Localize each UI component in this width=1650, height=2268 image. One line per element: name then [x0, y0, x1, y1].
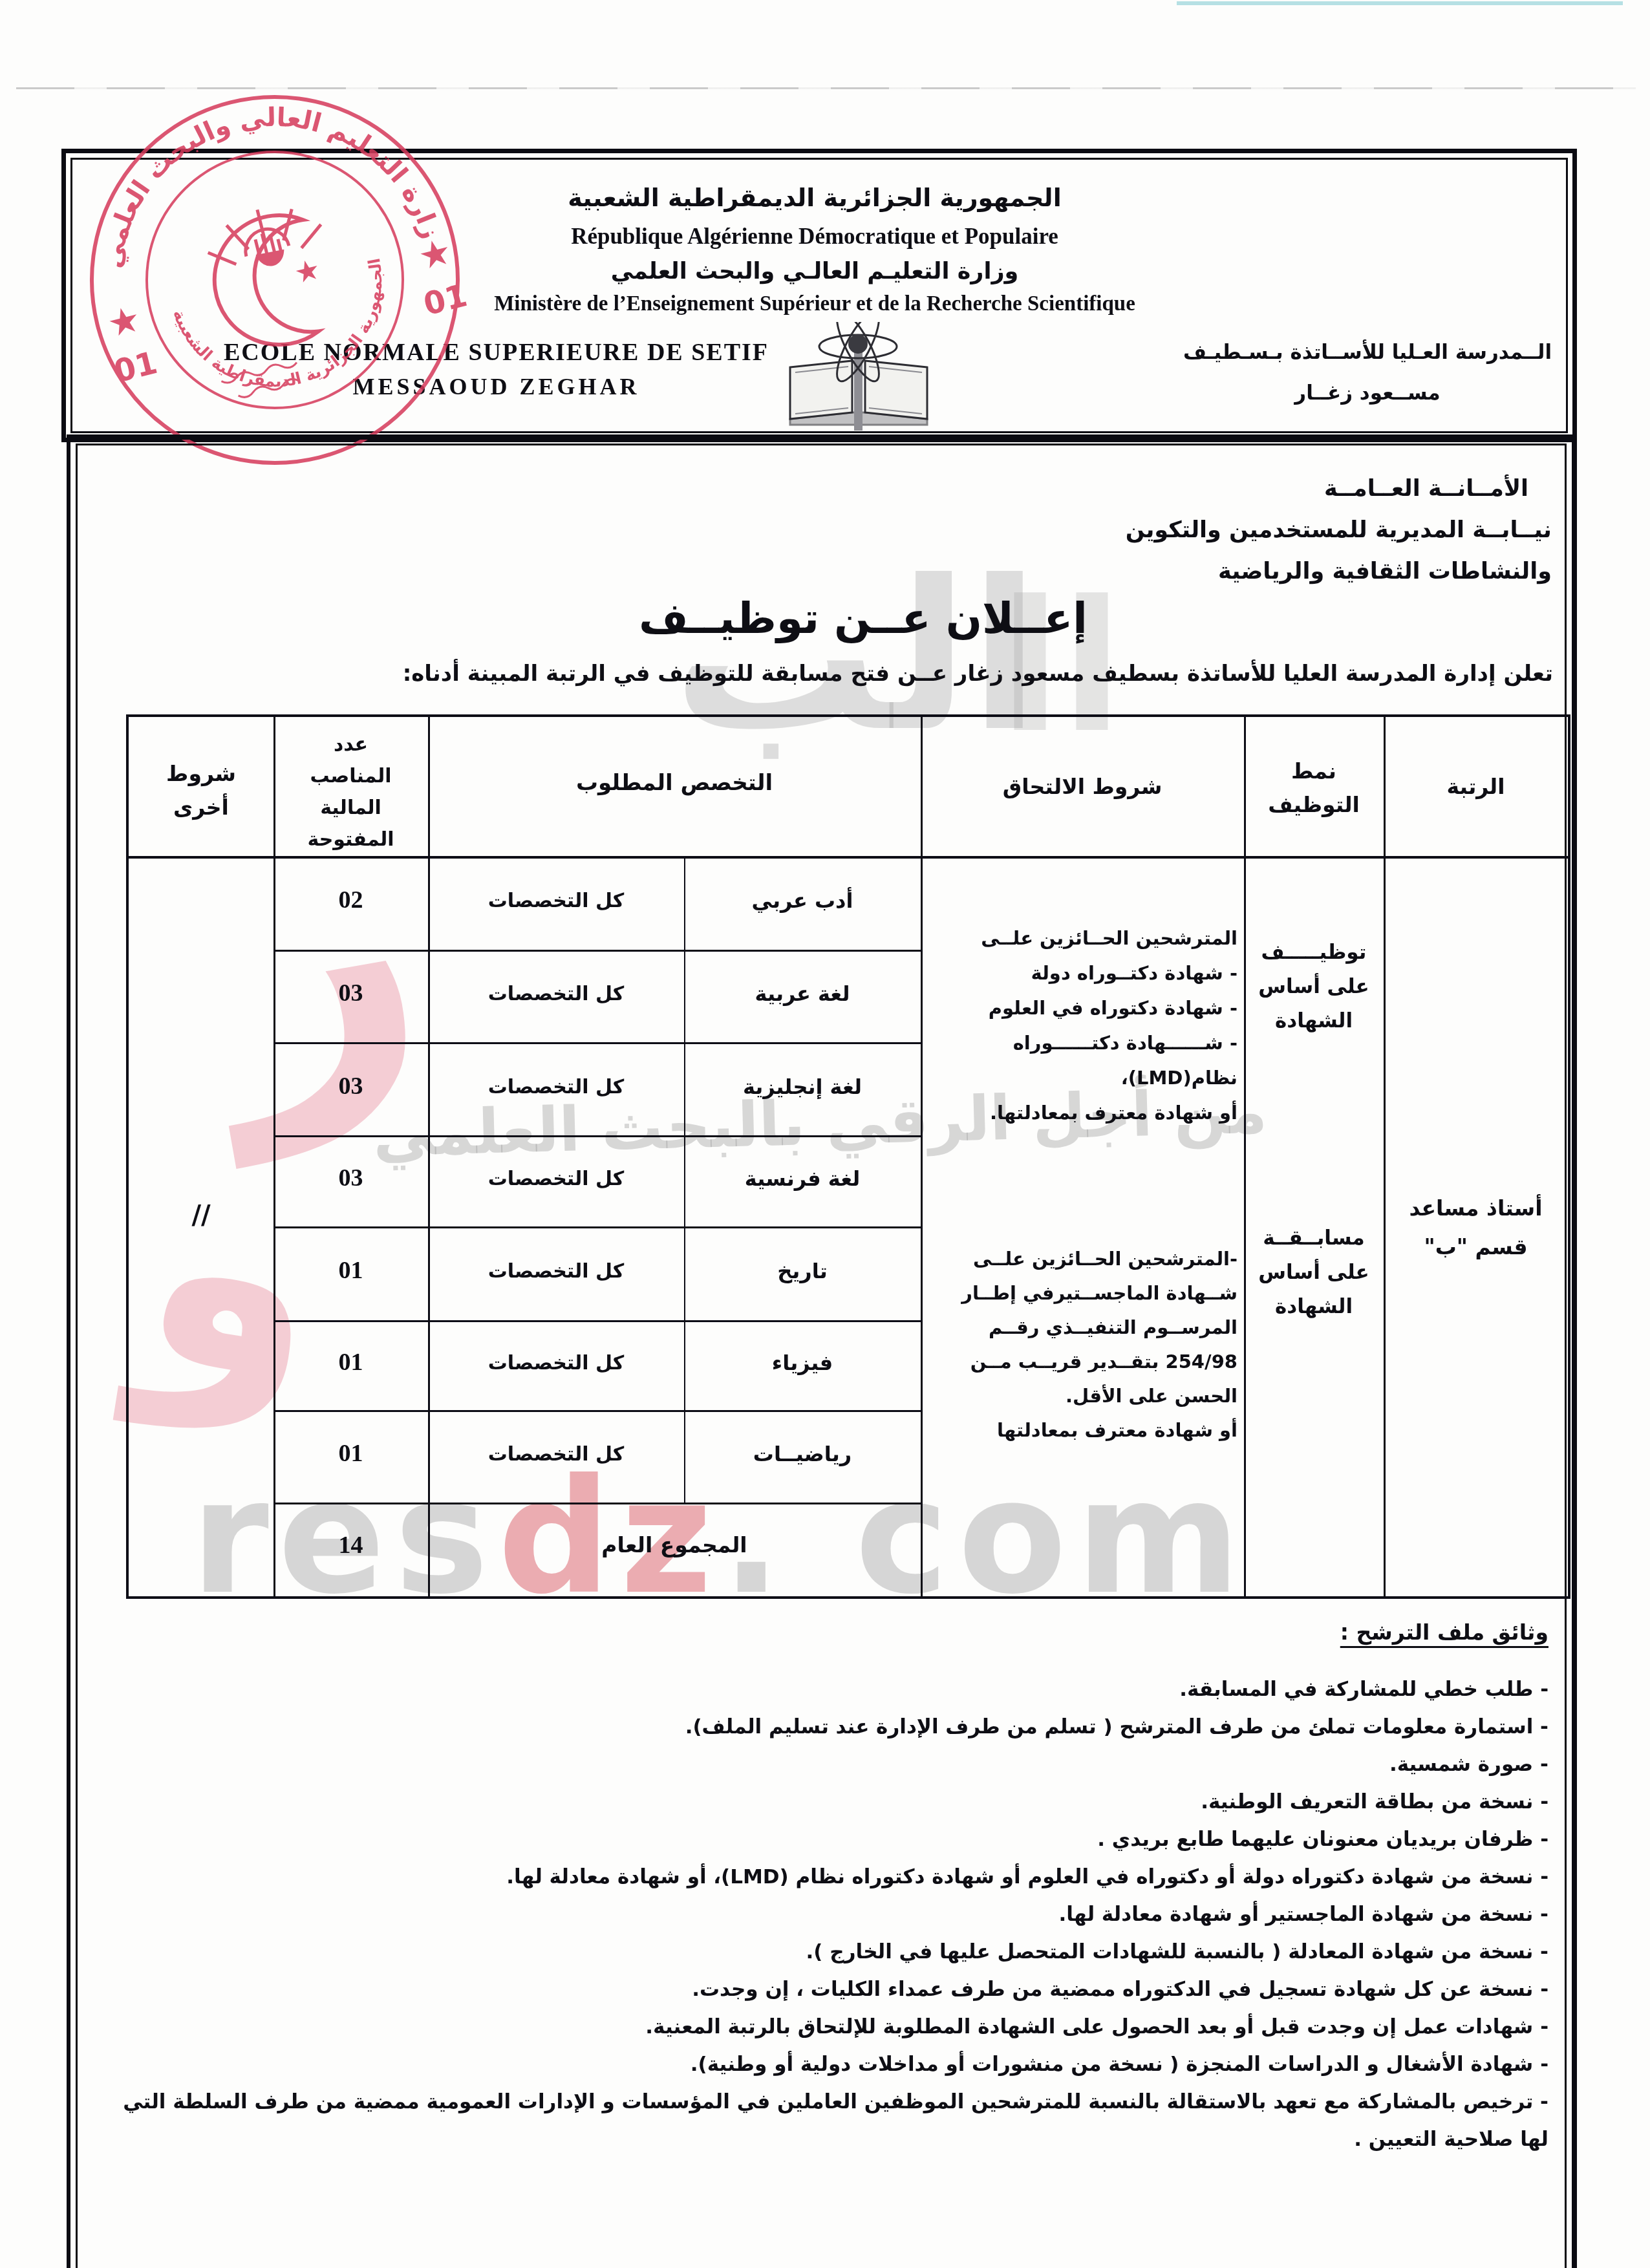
positions-count: 02	[273, 886, 428, 914]
document-item: - نسخة من شهادة الماجستير أو شهادة معادل…	[107, 1896, 1548, 1933]
all-specialties-cell: كل التخصصات	[428, 1443, 684, 1466]
conditions-line: - شهادة دكتــوراه دولة	[926, 956, 1237, 990]
school-name-ar: الــمدرسة العـليا للأســاتذة بـسـطيـف	[1157, 341, 1578, 364]
col-header-positions: عدد المناصب المالية المفتوحة	[273, 729, 428, 855]
col-header-mode-line: نمط	[1244, 754, 1384, 788]
conditions-line: 254/98 بتقــدير قريــب مــن	[926, 1345, 1237, 1379]
document-item: - صورة شمسية.	[107, 1746, 1548, 1783]
conditions-line: المرســوم التنفيــذي رقــم	[926, 1311, 1237, 1345]
specialty-cell: لغة عربية	[684, 981, 921, 1006]
mode-line: الشهادة	[1244, 1004, 1384, 1038]
specialty-cell: رياضيــات	[684, 1442, 921, 1466]
rank-cell: أستاذ مساعد قسم "ب"	[1384, 1189, 1568, 1267]
conditions-line: أو شهادة معترف بمعادلتها	[926, 1413, 1237, 1448]
all-specialties-cell: كل التخصصات	[428, 1076, 684, 1098]
conditions-line: -المترشحين الحــائزين علــى	[926, 1242, 1237, 1276]
school-logo-icon	[776, 322, 941, 433]
mode-block-2: مسابــقــة على أساس الشهادة	[1244, 1221, 1384, 1324]
positions-count: 03	[273, 1164, 428, 1192]
table-grid-line	[273, 1320, 921, 1322]
col-header-positions-line: عدد	[273, 729, 428, 760]
all-specialties-cell: كل التخصصات	[428, 890, 684, 912]
table-grid-line	[273, 1503, 921, 1504]
document-item: - نسخة عن كل شهادة تسجيل في الدكتوراه مم…	[107, 1971, 1548, 2008]
table-grid-line	[1384, 717, 1386, 1596]
positions-count: 03	[273, 1072, 428, 1100]
stamp-arc-text-2: الجمهورية الجزائرية الديمقراطية الشعبية	[168, 255, 409, 414]
mode-line: الشهادة	[1244, 1290, 1384, 1324]
secretariat-line: نيــابــة المديرية للمستخدمين والتكوين	[941, 509, 1552, 551]
conditions-block-1: المترشحين الحــائزين علــى - شهادة دكتــ…	[926, 921, 1237, 1130]
conditions-line: أو شهادة معترف بمعادلتها.	[926, 1095, 1237, 1130]
conditions-line: - شهادة دكتوراه في العلوم	[926, 990, 1237, 1025]
scan-artifact-smudge	[1177, 1, 1623, 5]
mode-line: مسابــقــة	[1244, 1221, 1384, 1256]
stamp-star-icon: ★	[414, 230, 456, 279]
conditions-line: شــهادة الماجســتيرفي إطــار	[926, 1276, 1237, 1311]
mode-line: على أساس	[1244, 1256, 1384, 1290]
secretariat-line: الأمــانــة العــامــة	[941, 468, 1528, 509]
mode-block-1: توظيـــــف على أساس الشهادة	[1244, 936, 1384, 1038]
documents-heading: وثائق ملف الترشح :	[970, 1620, 1548, 1645]
all-specialties-cell: كل التخصصات	[428, 1352, 684, 1375]
stamp-number: 01	[111, 345, 161, 390]
stamp-star-icon: ★	[291, 252, 324, 290]
conditions-line: المترشحين الحــائزين علــى	[926, 921, 1237, 956]
col-header-mode: نمط التوظيف	[1244, 754, 1384, 822]
col-header-mode-line: التوظيف	[1244, 788, 1384, 822]
document-item: - نسخة من بطاقة التعريف الوطنية.	[107, 1783, 1548, 1821]
scanned-document-page: الب اا ر و من أجل الرقي بالبحث العلمي re…	[0, 0, 1650, 2268]
positions-count: 01	[273, 1256, 428, 1285]
col-header-other-line: شروط	[129, 757, 273, 791]
table-grid-line	[273, 950, 921, 952]
document-item: - شهادة الأشغال و الدراسات المنجزة ( نسخ…	[107, 2046, 1548, 2083]
conditions-line: - شــــــهادة دكتــــــوراه	[926, 1025, 1237, 1060]
other-conditions-cell: //	[129, 1201, 273, 1230]
all-specialties-cell: كل التخصصات	[428, 1260, 684, 1283]
document-item: - نسخة من شهادة المعادلة ( بالنسبة للشها…	[107, 1933, 1548, 1971]
secretariat-block: الأمــانــة العــامــة نيــابــة المديري…	[941, 468, 1552, 592]
republic-title-ar: الجمهورية الجزائرية الديمقراطية الشعبية	[330, 184, 1300, 212]
col-header-conditions: شروط الالتحاق	[921, 774, 1244, 799]
specialty-cell: لغة إنجليزية	[684, 1075, 921, 1099]
document-item: - شهادات عمل إن وجدت قبل أو بعد الحصول ع…	[107, 2008, 1548, 2046]
specialty-cell: تاريخ	[684, 1259, 921, 1283]
table-grid-line	[273, 1135, 921, 1137]
table-grid-line	[273, 1226, 921, 1228]
total-count: 14	[273, 1531, 428, 1559]
mode-line: على أساس	[1244, 970, 1384, 1004]
stamp-number: 01	[420, 277, 471, 323]
col-header-specialty: التخصص المطلوب	[428, 770, 921, 796]
rank-line: أستاذ مساعد	[1384, 1189, 1568, 1228]
svg-text:الجمهورية الجزائرية الديمقراطي: الجمهورية الجزائرية الديمقراطية الشعبية	[168, 255, 409, 414]
document-item: - نسخة من شهادة دكتوراه دولة أو دكتوراه …	[107, 1858, 1548, 1896]
col-header-positions-line: المالية	[273, 792, 428, 824]
total-label: المجموع العام	[428, 1532, 921, 1557]
mode-line: توظيـــــف	[1244, 936, 1384, 970]
announcement-intro: تعلن إدارة المدرسة العليا للأساتذة بسطيف…	[207, 661, 1553, 687]
specialty-cell: فيزياء	[684, 1351, 921, 1375]
all-specialties-cell: كل التخصصات	[428, 1168, 684, 1190]
col-header-other-line: أخرى	[129, 791, 273, 824]
table-grid-line	[129, 856, 1568, 859]
all-specialties-cell: كل التخصصات	[428, 983, 684, 1005]
document-item: - ترخيص بالمشاركة مع تعهد بالاستقالة بال…	[107, 2083, 1548, 2158]
specialty-cell: أدب عربي	[684, 888, 921, 913]
conditions-line: الحسن على الأقل.	[926, 1379, 1237, 1413]
col-header-other: شروط أخرى	[129, 757, 273, 824]
secretariat-line: والنشاطات الثقافية والرياضية	[941, 551, 1552, 592]
positions-count: 03	[273, 979, 428, 1007]
table-grid-line	[1244, 717, 1246, 1596]
conditions-line: نظام(LMD)،	[926, 1060, 1237, 1095]
school-name-ar-2: مســعود زغــار	[1157, 381, 1578, 405]
positions-count: 01	[273, 1439, 428, 1468]
col-header-positions-line: المفتوحة	[273, 824, 428, 855]
page-title: إعــلان عــن توظيــف	[537, 594, 1190, 643]
col-header-positions-line: المناصب	[273, 760, 428, 792]
document-item: - استمارة معلومات تملئ من طرف المترشح ( …	[107, 1708, 1548, 1746]
republic-title-fr: République Algérienne Démocratique et Po…	[330, 224, 1300, 250]
rank-line: قسم "ب"	[1384, 1228, 1568, 1267]
recruitment-table: الرتبة نمط التوظيف شروط الالتحاق التخصص …	[126, 714, 1570, 1599]
document-item: - ظرفان بريديان معنونان عليهما طابع بريد…	[107, 1821, 1548, 1858]
col-header-rank: الرتبة	[1384, 774, 1568, 799]
table-grid-line	[273, 1410, 921, 1412]
specialty-cell: لغة فرنسية	[684, 1166, 921, 1191]
table-grid-line	[921, 717, 923, 1596]
positions-count: 01	[273, 1348, 428, 1376]
documents-list: - طلب خطي للمشاركة في المسابقة. - استمار…	[107, 1671, 1548, 2158]
conditions-block-2: -المترشحين الحــائزين علــى شــهادة الما…	[926, 1242, 1237, 1448]
stamp-star-icon: ★	[103, 297, 145, 346]
table-grid-line	[273, 1042, 921, 1044]
document-item: - طلب خطي للمشاركة في المسابقة.	[107, 1671, 1548, 1708]
